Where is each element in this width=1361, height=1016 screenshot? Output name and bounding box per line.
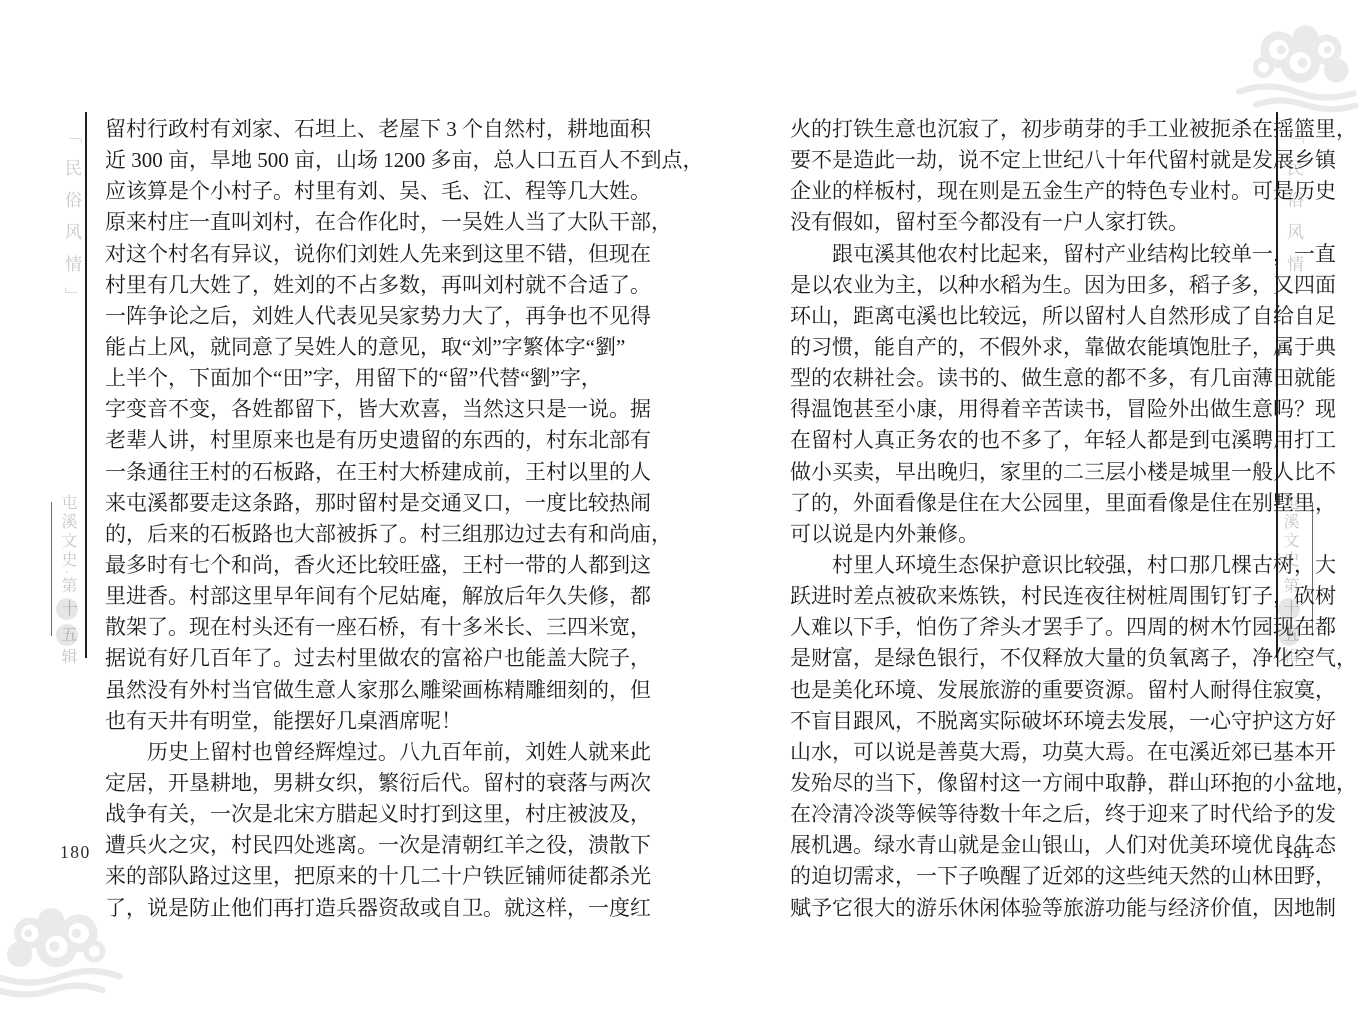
text-line: 型的农耕社会。读书的、做生意的都不多，有几亩薄田就能 [790, 363, 1262, 394]
text-line: 的，后来的石板路也大部被拆了。村三组那边过去有和尚庙， [105, 519, 575, 550]
text-line: 来屯溪都要走这条路，那时留村是交通叉口，一度比较热闹 [105, 488, 575, 519]
left-page-text: 留村行政村有刘家、石坦上、老屋下 3 个自然村，耕地面积 近 300 亩，旱地 … [105, 114, 575, 924]
text-line: 跟屯溪其他农村比起来，留村产业结构比较单一，一直 [790, 239, 1262, 270]
text-line: 能占上风，就同意了吴姓人的意见，取“刘”字繁体字“劉” [105, 332, 575, 363]
cloud-ornament-top-right-icon [1233, 12, 1361, 118]
text-line: 村里有几大姓了，姓刘的不占多数，再叫刘村就不合适了。 [105, 270, 575, 301]
text-line: 老辈人讲，村里原来也是有历史遗留的东西的，村东北部有 [105, 425, 575, 456]
series-tag-text: 辑 [59, 648, 76, 667]
text-line: 一阵争论之后，刘姓人代表见吴家势力大了，再争也不见得 [105, 301, 575, 332]
series-tag-left: 屯溪文史·第十五辑 [56, 494, 79, 667]
text-line: 里进香。村部这里早年间有个尼姑庵，解放后年久失修，都 [105, 581, 575, 612]
text-line: 要不是造此一劫，说不定上世纪八十年代留村就是发展乡镇 [790, 145, 1262, 176]
text-line: 历史上留村也曾经辉煌过。八九百年前，刘姓人就来此 [105, 737, 575, 768]
text-line: 最多时有七个和尚，香火还比较旺盛，王村一带的人都到这 [105, 550, 575, 581]
text-line: 散架了。现在村头还有一座石桥，有十多米长、三四米宽， [105, 612, 575, 643]
text-line: 跃进时差点被砍来炼铁，村民连夜往树桩周围钉钉子，砍树 [790, 581, 1262, 612]
series-tag-dot: · [60, 570, 74, 577]
text-line: 是财富，是绿色银行，不仅释放大量的负氧离子，净化空气， [790, 643, 1262, 674]
category-tag-left: 「民俗风情」 [59, 127, 84, 319]
series-tag-text: 屯溪文史 [59, 494, 76, 570]
text-line: 赋予它很大的游乐休闲体验等旅游功能与经济价值，因地制 [790, 893, 1262, 924]
text-line: 可以说是内外兼修。 [790, 519, 1262, 550]
text-line: 对这个村名有异议，说你们刘姓人先来到这里不错，但现在 [105, 239, 575, 270]
page-number-left: 180 [60, 842, 91, 863]
left-series-tag-rule [51, 502, 52, 636]
text-line: 虽然没有外村当官做生意人家那么雕梁画栋精雕细刻的，但 [105, 675, 575, 706]
text-line: 来的部队路过这里，把原来的十几二十户铁匠铺师徒都杀光 [105, 861, 575, 892]
text-line: 的习惯，能自产的，不假外求，靠做农能填饱肚子，属于典 [790, 332, 1262, 363]
text-line: 发殆尽的当下，像留村这一方闹中取静，群山环抱的小盆地， [790, 768, 1262, 799]
text-line: 据说有好几百年了。过去村里做农的富裕户也能盖大院子， [105, 643, 575, 674]
text-line: 留村行政村有刘家、石坦上、老屋下 3 个自然村，耕地面积 [105, 114, 575, 145]
text-line: 在冷清冷淡等候等待数十年之后，终于迎来了时代给予的发 [790, 799, 1262, 830]
text-line: 的迫切需求，一下子唤醒了近郊的这些纯天然的山林田野， [790, 861, 1262, 892]
series-volume-badge: 十 [56, 598, 78, 620]
text-line: 战争有关，一次是北宋方腊起义时打到这里，村庄被波及， [105, 799, 575, 830]
text-line: 定居，开垦耕地，男耕女织，繁衍后代。留村的衰落与两次 [105, 768, 575, 799]
text-line: 一条通往王村的石板路，在王村大桥建成前，王村以里的人 [105, 457, 575, 488]
text-line: 了的，外面看像是住在大公园里，里面看像是住在别墅里， [790, 488, 1262, 519]
book-spread: 「民俗风情」 「民俗风情」 屯溪文史·第十五辑 屯溪文史·第十五辑 180 18… [0, 0, 1361, 1016]
left-margin-rule [85, 112, 87, 658]
text-line: 在留村人真正务农的也不多了，年轻人都是到屯溪聘用打工 [790, 425, 1262, 456]
text-line: 原来村庄一直叫刘村，在合作化时，一吴姓人当了大队干部， [105, 207, 575, 238]
text-line: 字变音不变，各姓都留下，皆大欢喜，当然这只是一说。据 [105, 394, 575, 425]
text-line: 展机遇。绿水青山就是金山银山，人们对优美环境优良生态 [790, 830, 1262, 861]
text-line: 是以农业为主，以种水稻为生。因为田多，稻子多，又四面 [790, 270, 1262, 301]
text-line: 遭兵火之灾，村民四处逃离。一次是清朝红羊之役，溃散下 [105, 830, 575, 861]
text-line: 山水，可以说是善莫大焉，功莫大焉。在屯溪近郊已基本开 [790, 737, 1262, 768]
text-line: 也有天井有明堂，能摆好几桌酒席呢！ [105, 706, 575, 737]
text-line: 环山，距离屯溪也比较远，所以留村人自然形成了自给自足 [790, 301, 1262, 332]
text-line: 人难以下手，怕伤了斧头才罢手了。四周的树木竹园现在都 [790, 612, 1262, 643]
text-line: 近 300 亩，旱地 500 亩，山场 1200 多亩，总人口五百人不到点， [105, 145, 575, 176]
right-page-text: 火的打铁生意也沉寂了，初步萌芽的手工业被扼杀在摇篮里， 要不是造此一劫，说不定上… [790, 114, 1262, 924]
text-line: 了，说是防止他们再打造兵器资敌或自卫。就这样，一度红 [105, 893, 575, 924]
text-line: 火的打铁生意也沉寂了，初步萌芽的手工业被扼杀在摇篮里， [790, 114, 1262, 145]
text-line: 不盲目跟风，不脱离实际破坏环境去发展，一心守护这方好 [790, 706, 1262, 737]
text-line: 没有假如，留村至今都没有一户人家打铁。 [790, 207, 1262, 238]
text-line: 也是美化环境、发展旅游的重要资源。留村人耐得住寂寞， [790, 675, 1262, 706]
text-line: 做小买卖，早出晚归，家里的二三层小楼是城里一般人比不 [790, 457, 1262, 488]
series-tag-text: 第 [59, 577, 76, 596]
series-volume-badge: 五 [56, 624, 78, 646]
text-line: 企业的样板村，现在则是五金生产的特色专业村。可是历史 [790, 176, 1262, 207]
text-line: 村里人环境生态保护意识比较强，村口那几棵古树，大 [790, 550, 1262, 581]
text-line: 应该算是个小村子。村里有刘、吴、毛、江、程等几大姓。 [105, 176, 575, 207]
series-tag-right: 屯溪文史·第十五辑 [1278, 494, 1301, 667]
text-line: 得温饱甚至小康，用得着辛苦读书，冒险外出做生意吗？现 [790, 394, 1262, 425]
text-line: 上半个，下面加个“田”字，用留下的“留”代替“劉”字， [105, 363, 575, 394]
